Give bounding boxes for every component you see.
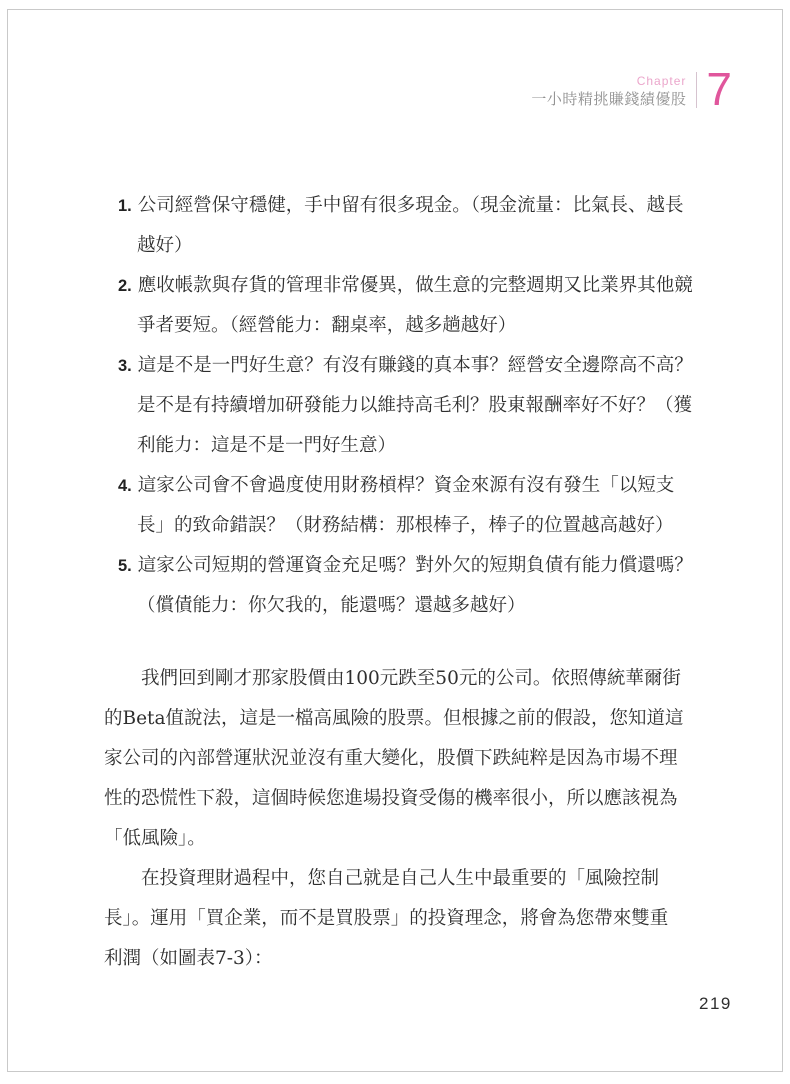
header-divider xyxy=(696,72,697,108)
page-number: 219 xyxy=(699,994,732,1014)
book-page: Chapter 一小時精挑賺錢績優股 7 1. 公司經營保守穩健，手中留有很多現… xyxy=(0,0,790,1084)
paragraph-line: 「低風險」。 xyxy=(104,819,696,859)
body-paragraph-1: 我們回到剛才那家股價由100元跌至50元的公司。依照傳統華爾街 的Beta值說法… xyxy=(104,659,696,859)
list-item-line: 3. 這是不是一門好生意？有沒有賺錢的真本事？經營安全邊際高不高？ xyxy=(104,346,696,386)
paragraphs: 我們回到剛才那家股價由100元跌至50元的公司。依照傳統華爾街 的Beta值說法… xyxy=(104,659,696,979)
list-item-line: 利能力：這是不是一門好生意） xyxy=(104,426,696,466)
paragraph-line: 性的恐慌性下殺，這個時候您進場投資受傷的機率很小，所以應該視為 xyxy=(104,779,696,819)
list-item-number: 2. xyxy=(104,266,132,306)
list-item-line: 是不是有持續增加研發能力以維持高毛利？股東報酬率好不好？（獲 xyxy=(104,386,696,426)
list-item-number: 5. xyxy=(104,546,132,586)
list-item-number: 3. xyxy=(104,346,132,386)
list-item-line: （償債能力：你欠我的，能還嗎？還越多越好） xyxy=(104,586,696,626)
chapter-title: 一小時精挑賺錢績優股 xyxy=(531,90,686,108)
chapter-number: 7 xyxy=(706,70,732,108)
list-item-3: 3. 這是不是一門好生意？有沒有賺錢的真本事？經營安全邊際高不高？ 是不是有持續… xyxy=(104,346,696,466)
list-item-line: 1. 公司經營保守穩健，手中留有很多現金。（現金流量：比氣長、越長 xyxy=(104,186,696,226)
paragraph-line: 在投資理財過程中，您自己就是自己人生中最重要的「風險控制 xyxy=(104,859,696,899)
list-item-1: 1. 公司經營保守穩健，手中留有很多現金。（現金流量：比氣長、越長 越好） xyxy=(104,186,696,266)
list-item-line: 5. 這家公司短期的營運資金充足嗎？對外欠的短期負債有能力償還嗎？ xyxy=(104,546,696,586)
paragraph-line: 我們回到剛才那家股價由100元跌至50元的公司。依照傳統華爾街 xyxy=(104,659,696,699)
body-text: 1. 公司經營保守穩健，手中留有很多現金。（現金流量：比氣長、越長 越好） 2.… xyxy=(104,186,696,979)
list-item-text: 這是不是一門好生意？有沒有賺錢的真本事？經營安全邊際高不高？ xyxy=(132,346,693,386)
list-item-number: 1. xyxy=(104,186,132,226)
list-item-line: 爭者要短。（經營能力：翻桌率，越多趟越好） xyxy=(104,306,696,346)
paragraph-line: 長」。運用「買企業，而不是買股票」的投資理念，將會為您帶來雙重 xyxy=(104,899,696,939)
list-item-line: 越好） xyxy=(104,226,696,266)
list-item-text: 這家公司短期的營運資金充足嗎？對外欠的短期負債有能力償還嗎？ xyxy=(132,546,693,586)
list-item-line: 2. 應收帳款與存貨的管理非常優異，做生意的完整週期又比業界其他競 xyxy=(104,266,696,306)
list-item-4: 4. 這家公司會不會過度使用財務槓桿？資金來源有沒有發生「以短支 長」的致命錯誤… xyxy=(104,466,696,546)
chapter-label: Chapter xyxy=(637,74,687,88)
list-item-line: 4. 這家公司會不會過度使用財務槓桿？資金來源有沒有發生「以短支 xyxy=(104,466,696,506)
list-item-2: 2. 應收帳款與存貨的管理非常優異，做生意的完整週期又比業界其他競 爭者要短。（… xyxy=(104,266,696,346)
chapter-header: Chapter 一小時精挑賺錢績優股 7 xyxy=(531,70,732,108)
paragraph-line: 的Beta值說法，這是一檔高風險的股票。但根據之前的假設，您知道這 xyxy=(104,699,696,739)
numbered-list: 1. 公司經營保守穩健，手中留有很多現金。（現金流量：比氣長、越長 越好） 2.… xyxy=(104,186,696,626)
paragraph-line: 家公司的內部營運狀況並沒有重大變化，股價下跌純粹是因為市場不理 xyxy=(104,739,696,779)
list-item-line: 長」的致命錯誤？（財務結構：那根棒子，棒子的位置越高越好） xyxy=(104,506,696,546)
list-item-number: 4. xyxy=(104,466,132,506)
body-paragraph-2: 在投資理財過程中，您自己就是自己人生中最重要的「風險控制 長」。運用「買企業，而… xyxy=(104,859,696,979)
list-item-text: 應收帳款與存貨的管理非常優異，做生意的完整週期又比業界其他競 xyxy=(132,266,693,306)
paragraph-line: 利潤（如圖表7-3）： xyxy=(104,939,696,979)
list-item-text: 這家公司會不會過度使用財務槓桿？資金來源有沒有發生「以短支 xyxy=(132,466,675,506)
list-item-5: 5. 這家公司短期的營運資金充足嗎？對外欠的短期負債有能力償還嗎？ （償債能力：… xyxy=(104,546,696,626)
chapter-text-column: Chapter 一小時精挑賺錢績優股 xyxy=(531,74,686,108)
list-item-text: 公司經營保守穩健，手中留有很多現金。（現金流量：比氣長、越長 xyxy=(132,186,684,226)
